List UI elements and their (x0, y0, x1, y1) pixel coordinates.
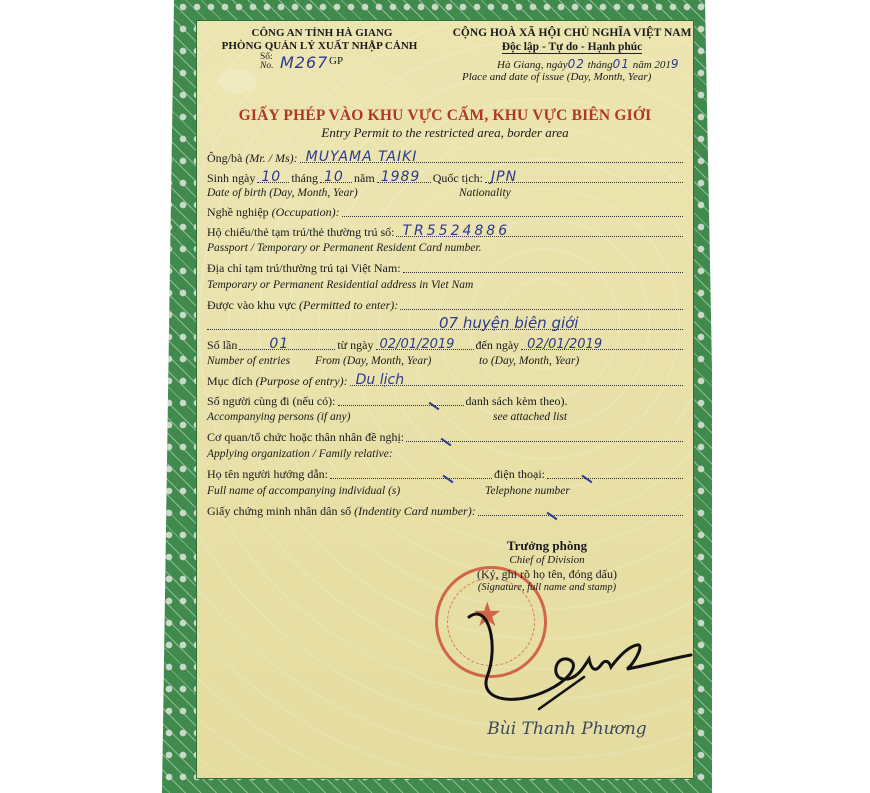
issue-day: 02 (568, 57, 585, 71)
address-label: Địa chỉ tạm trú/thường trú tại Việt Nam: (207, 261, 401, 276)
to-caption: to (Day, Month, Year) (479, 355, 579, 367)
area-row: Được vào khu vực (Permitted to enter): (207, 295, 685, 313)
name-value: MUYAMA TAIKI (306, 149, 418, 165)
permit-number-label: Số: No. (260, 53, 273, 71)
passport-value: TR5524886 (402, 223, 510, 239)
from-caption: From (Day, Month, Year) (315, 355, 431, 367)
accompany-field (338, 404, 464, 406)
idcard-field (478, 514, 683, 516)
issue-month-label: tháng (588, 59, 613, 71)
guide-caption: Full name of accompanying individual (s) (207, 485, 400, 497)
national-motto: Độc lập - Tự do - Hạnh phúc (437, 41, 707, 53)
area-label: Được vào khu vực (207, 298, 296, 313)
guide-row: Họ tên người hướng dẫn: điện thoại: (207, 464, 685, 482)
entries-label: Số lần (207, 338, 237, 353)
idcard-label-en: (Indentity Card number): (354, 504, 476, 519)
address-caption: Temporary or Permanent Residential addre… (207, 279, 473, 291)
area-field-line2: 07 huyện biên giới (207, 328, 683, 330)
issuing-authority-province: CÔNG AN TỈNH HÀ GIANG (237, 27, 407, 39)
guide-dash-mark (443, 475, 454, 484)
dob-month-label: tháng (291, 171, 318, 186)
dob-day: 10 (261, 169, 281, 185)
phone-dash-mark (582, 475, 593, 484)
phone-field (547, 477, 683, 479)
to-field: 02/01/2019 (521, 348, 683, 350)
dob-day-field: 10 (257, 181, 289, 183)
name-row: Ông/bà (Mr. / Ms): MUYAMA TAIKI (207, 148, 685, 166)
permit-document: CÔNG AN TỈNH HÀ GIANG PHÒNG QUẢN LÝ XUẤT… (162, 0, 712, 793)
issuing-authority-department: PHÒNG QUẢN LÝ XUẤT NHẬP CẢNH (217, 40, 422, 52)
number-label-en: No. (260, 61, 273, 71)
org-caption: Applying organization / Family relative: (207, 448, 393, 460)
national-motto-text: Độc lập - Tự do - Hạnh phúc (502, 41, 643, 54)
area-value: 07 huyện biên giới (439, 314, 578, 332)
signer-name: Bùi Thanh Phương (467, 719, 667, 739)
entries-caption: Number of entries (207, 355, 290, 367)
dob-year: 1989 (381, 169, 421, 185)
idcard-dash-mark (546, 512, 557, 521)
org-row: Cơ quan/tổ chức hoặc thân nhân đề nghị: (207, 427, 685, 445)
accompany-suffix: danh sách kèm theo). (466, 394, 568, 409)
occupation-row: Nghề nghiệp (Occupation): (207, 202, 685, 220)
area-row-2: 07 huyện biên giới (207, 315, 685, 333)
occupation-label: Nghề nghiệp (207, 205, 269, 220)
purpose-value: Du lịch (356, 372, 404, 388)
country-name: CỘNG HOÀ XÃ HỘI CHỦ NGHĨA VIỆT NAM (437, 27, 707, 39)
purpose-row: Mục đích (Purpose of entry): Du lịch (207, 371, 685, 389)
permit-paper: CÔNG AN TỈNH HÀ GIANG PHÒNG QUẢN LÝ XUẤT… (196, 20, 694, 779)
passport-field: TR5524886 (396, 235, 683, 237)
dob-month-field: 10 (320, 181, 352, 183)
address-field (403, 271, 683, 273)
passport-caption: Passport / Temporary or Permanent Reside… (207, 242, 482, 254)
from-value: 02/01/2019 (380, 337, 455, 352)
signature-instruction-en: (Signature, full name and stamp) (427, 582, 667, 593)
dob-year-label: năm (354, 171, 375, 186)
passport-row: Hộ chiếu/thẻ tạm trú/thẻ thường trú số: … (207, 222, 685, 240)
to-label: đến ngày (476, 338, 520, 353)
permit-number-suffix: GP (329, 55, 343, 67)
area-label-en: (Permitted to enter): (299, 298, 398, 313)
area-field-line1 (400, 308, 683, 310)
issue-place: Hà Giang, ngày (497, 59, 568, 71)
dob-caption: Date of birth (Day, Month, Year) (207, 187, 358, 199)
accompany-row: Số người cùng đi (nếu có): danh sách kèm… (207, 391, 685, 409)
occupation-field (342, 215, 683, 217)
permit-title-vi: GIẤY PHÉP VÀO KHU VỰC CẤM, KHU VỰC BIÊN … (197, 107, 693, 125)
entries-row: Số lần 01 từ ngày 02/01/2019 đến ngày 02… (207, 335, 685, 353)
nationality-caption: Nationality (459, 187, 511, 199)
purpose-label-en: (Purpose of entry): (256, 374, 348, 389)
org-field (406, 440, 683, 442)
accompany-dash-mark (428, 402, 439, 411)
nationality-value: JPN (491, 169, 517, 185)
handwritten-signature (459, 607, 699, 717)
name-field: MUYAMA TAIKI (300, 161, 683, 163)
accompany-suffix-caption: see attached list (493, 411, 567, 423)
dob-month: 10 (324, 169, 344, 185)
dob-label: Sinh ngày (207, 171, 255, 186)
idcard-row: Giấy chứng minh nhân dân số (Indentity C… (207, 501, 685, 519)
passport-label: Hộ chiếu/thẻ tạm trú/thẻ thường trú số: (207, 225, 394, 240)
nationality-label: Quốc tịch: (433, 171, 483, 186)
issue-date-caption: Place and date of issue (Day, Month, Yea… (462, 71, 651, 83)
name-label: Ông/bà (207, 151, 242, 166)
nationality-field: JPN (485, 181, 683, 183)
permit-number-value: M267 (280, 53, 328, 72)
dob-year-field: 1989 (377, 181, 431, 183)
occupation-label-en: (Occupation): (272, 205, 340, 220)
dob-row: Sinh ngày 10 tháng 10 năm 1989 Quốc tịch… (207, 168, 685, 186)
org-dash-mark (441, 438, 452, 447)
from-label: từ ngày (337, 338, 373, 353)
entries-field: 01 (239, 348, 335, 350)
from-field: 02/01/2019 (376, 348, 474, 350)
phone-label: điện thoại: (494, 467, 545, 482)
purpose-label: Mục đích (207, 374, 253, 389)
signer-title-vi: Trưởng phòng (447, 538, 647, 554)
issue-date-line: Hà Giang, ngày02 tháng01 năm 2019 (497, 57, 680, 71)
permit-title-en: Entry Permit to the restricted area, bor… (197, 125, 693, 141)
issue-year-label: năm 201 (633, 59, 671, 71)
name-label-en: (Mr. / Ms): (245, 151, 297, 166)
idcard-label: Giấy chứng minh nhân dân số (207, 504, 351, 519)
signature-instruction-vi: (Ký, ghi rõ họ tên, đóng dấu) (427, 567, 667, 582)
issue-year-digit: 9 (671, 57, 680, 71)
accompany-caption: Accompanying persons (if any) (207, 411, 350, 423)
signer-title-en: Chief of Division (447, 554, 647, 566)
phone-caption: Telephone number (485, 485, 570, 497)
guide-label: Họ tên người hướng dẫn: (207, 467, 328, 482)
entries-value: 01 (269, 336, 289, 352)
issue-month: 01 (613, 57, 630, 71)
guide-field (330, 477, 492, 479)
org-label: Cơ quan/tổ chức hoặc thân nhân đề nghị: (207, 430, 404, 445)
accompany-label: Số người cùng đi (nếu có): (207, 394, 336, 409)
purpose-field: Du lịch (350, 384, 683, 386)
to-value: 02/01/2019 (527, 337, 602, 352)
address-row: Địa chỉ tạm trú/thường trú tại Việt Nam: (207, 258, 685, 276)
